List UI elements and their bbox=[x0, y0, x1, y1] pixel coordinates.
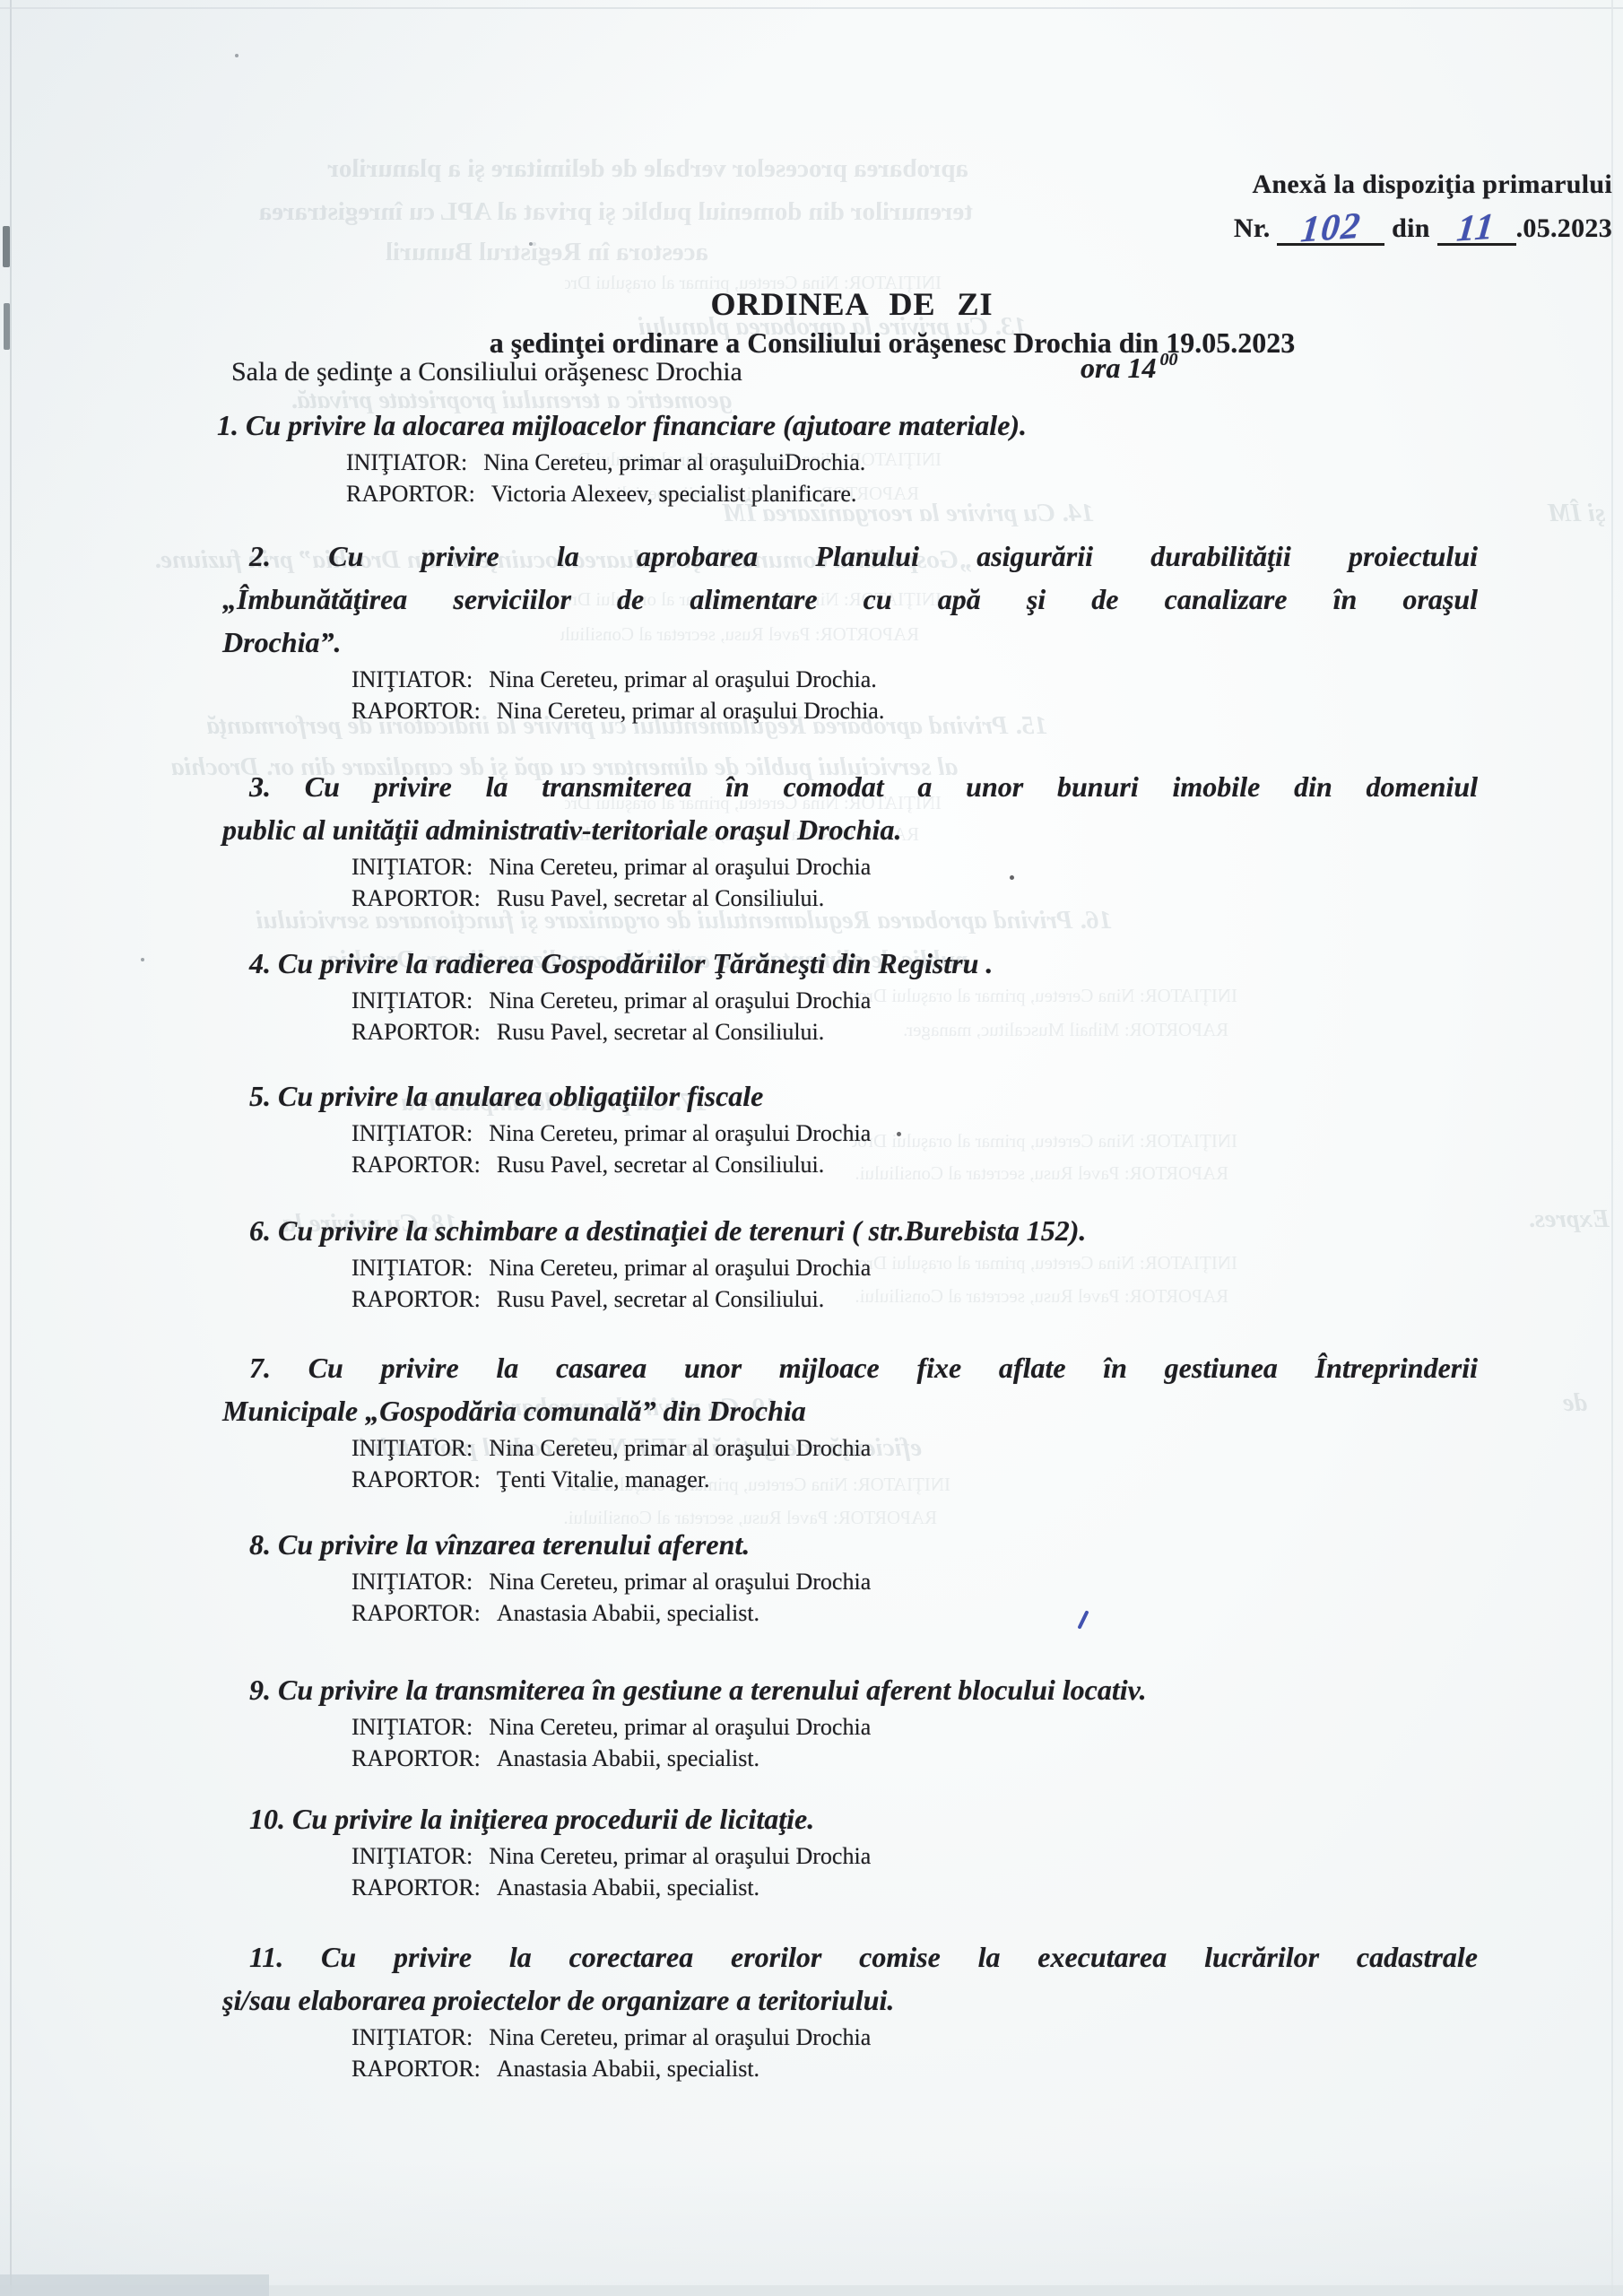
scan-edge-top bbox=[0, 7, 1623, 9]
agenda-item-title: 1. Cu privire la alocarea mijloacelor fi… bbox=[217, 404, 1472, 447]
page-title: ORDINEA DE ZI bbox=[81, 285, 1623, 323]
agenda-item-raportor: RAPORTOR:Anastasia Ababii, specialist. bbox=[222, 2053, 1478, 2084]
initiator-label: INIŢIATOR: bbox=[352, 666, 473, 692]
raportor-value: Victoria Alexeev, specialist planificare… bbox=[491, 481, 857, 507]
agenda-item-initiator: INIŢIATOR:Nina Cereteu, primar al oraşul… bbox=[222, 1840, 1478, 1872]
bleedthrough-text: aprobarea proceselor verbale de delimita… bbox=[85, 154, 968, 184]
initiator-value: Nina Cereteu, primar al oraşului Drochia bbox=[489, 1843, 871, 1869]
agenda-item: 3. Cu privire la transmiterea în comodat… bbox=[222, 765, 1478, 914]
agenda-item-title: 7. Cu privire la casarea unor mijloace f… bbox=[222, 1346, 1478, 1432]
raportor-label: RAPORTOR: bbox=[352, 1874, 481, 1900]
scan-speck bbox=[235, 54, 239, 57]
agenda-item-title-line: 3. Cu privire la transmiterea în comodat… bbox=[222, 765, 1478, 808]
initiator-value: Nina Cereteu, primar al oraşului Drochia bbox=[489, 1435, 871, 1461]
scan-corner-shadow bbox=[0, 2274, 269, 2296]
agenda-item-title: 6. Cu privire la schimbare a destinaţiei… bbox=[222, 1209, 1478, 1252]
bleedthrough-text: terenurilor din domeniul public şi priva… bbox=[85, 197, 973, 227]
time-value: ora 14 bbox=[1081, 352, 1156, 384]
agenda-item-title: 8. Cu privire la vînzarea terenului afer… bbox=[222, 1523, 1478, 1566]
agenda-item-raportor: RAPORTOR:Anastasia Ababii, specialist. bbox=[222, 1872, 1478, 1903]
annex-date-suffix: .05.2023 bbox=[1516, 213, 1612, 243]
initiator-value: Nina Cereteu, primar al oraşului Drochia bbox=[489, 2024, 871, 2050]
agenda-item-initiator: INIŢIATOR:Nina Cereteu, primar al oraşul… bbox=[222, 1566, 1478, 1597]
annex-nr-label: Nr. bbox=[1234, 213, 1271, 243]
agenda-item-title: 9. Cu privire la transmiterea în gestiun… bbox=[222, 1668, 1478, 1711]
agenda-item: 2. Cu privire la aprobarea Planului asig… bbox=[222, 535, 1478, 726]
agenda-item-title-line: Drochia”. bbox=[222, 621, 1478, 664]
agenda-item-title: 2. Cu privire la aprobarea Planului asig… bbox=[222, 535, 1478, 664]
scan-edge-left bbox=[10, 0, 12, 2296]
bleedthrough-text: de bbox=[1515, 1388, 1587, 1418]
agenda-item-title-line: 7. Cu privire la casarea unor mijloace f… bbox=[222, 1346, 1478, 1389]
page-subtitle: a şedinţei ordinare a Consiliului orăşen… bbox=[161, 326, 1623, 360]
initiator-value: Nina Cereteu, primar al oraşului Drochia bbox=[489, 1714, 871, 1740]
raportor-value: Anastasia Ababii, specialist. bbox=[497, 1874, 759, 1900]
agenda-item: 5. Cu privire la anularea obligaţiilor f… bbox=[222, 1074, 1478, 1180]
agenda-item-initiator: INIŢIATOR:Nina Cereteu, primar al oraşul… bbox=[222, 851, 1478, 883]
agenda-item-raportor: RAPORTOR:Rusu Pavel, secretar al Consili… bbox=[222, 1016, 1478, 1048]
initiator-value: Nina Cereteu, primar al oraşului Drochia bbox=[489, 1569, 871, 1595]
agenda-item-title: 10. Cu privire la iniţierea procedurii d… bbox=[222, 1797, 1478, 1840]
agenda-item-title-line: şi/sau elaborarea proiectelor de organiz… bbox=[222, 1979, 1478, 2022]
agenda-item-title-line: Municipale „Gospodăria comunală” din Dro… bbox=[222, 1389, 1478, 1432]
initiator-label: INIŢIATOR: bbox=[352, 2024, 473, 2050]
annex-line1: Anexă la dispoziţia primarului bbox=[1031, 165, 1612, 204]
raportor-label: RAPORTOR: bbox=[352, 1286, 481, 1312]
initiator-label: INIŢIATOR: bbox=[352, 1435, 473, 1461]
agenda-item: 1. Cu privire la alocarea mijloacelor fi… bbox=[217, 404, 1472, 509]
raportor-value: Rusu Pavel, secretar al Consiliului. bbox=[497, 1286, 824, 1312]
agenda-item-raportor: RAPORTOR:Ţenti Vitalie, manager. bbox=[222, 1464, 1478, 1495]
agenda-item-raportor: RAPORTOR:Anastasia Ababii, specialist. bbox=[222, 1597, 1478, 1629]
annex-line2: Nr. 102 din 11.05.2023 bbox=[1031, 206, 1612, 248]
agenda-item-title: 5. Cu privire la anularea obligaţiilor f… bbox=[222, 1074, 1478, 1118]
agenda-item-raportor: RAPORTOR:Victoria Alexeev, specialist pl… bbox=[217, 478, 1472, 509]
raportor-value: Ţenti Vitalie, manager. bbox=[497, 1466, 710, 1492]
agenda-item-initiator: INIŢIATOR:Nina Cereteu, primar al oraşul… bbox=[222, 1118, 1478, 1149]
agenda-item: 10. Cu privire la iniţierea procedurii d… bbox=[222, 1797, 1478, 1903]
raportor-label: RAPORTOR: bbox=[352, 1745, 481, 1771]
agenda-item-title-line: 5. Cu privire la anularea obligaţiilor f… bbox=[222, 1074, 1478, 1118]
raportor-value: Anastasia Ababii, specialist. bbox=[497, 2056, 759, 2082]
agenda-item-initiator: INIŢIATOR:Nina Cereteu, primar al oraşul… bbox=[222, 1432, 1478, 1464]
agenda-item-title-line: „Îmbunătăţirea serviciilor de alimentare… bbox=[222, 578, 1478, 621]
agenda-item-raportor: RAPORTOR:Rusu Pavel, secretar al Consili… bbox=[222, 883, 1478, 914]
venue-line: Sala de şedinţe a Consiliului orăşenesc … bbox=[231, 357, 742, 387]
initiator-label: INIŢIATOR: bbox=[352, 1255, 473, 1281]
agenda-item: 8. Cu privire la vînzarea terenului afer… bbox=[222, 1523, 1478, 1629]
raportor-value: Anastasia Ababii, specialist. bbox=[497, 1600, 759, 1626]
agenda-item-initiator: INIŢIATOR:Nina Cereteu, primar al oraşul… bbox=[222, 1252, 1478, 1283]
scan-smudge bbox=[4, 303, 10, 350]
agenda-item-raportor: RAPORTOR:Rusu Pavel, secretar al Consili… bbox=[222, 1149, 1478, 1180]
time-label: ora 1400 bbox=[1081, 352, 1174, 385]
agenda-item: 4. Cu privire la radierea Gospodăriilor … bbox=[222, 942, 1478, 1048]
agenda-item-title-line: public al unităţii administrativ-teritor… bbox=[222, 808, 1478, 851]
agenda-item-title-line: 1. Cu privire la alocarea mijloacelor fi… bbox=[217, 404, 1472, 447]
initiator-value: Nina Cereteu, primar al oraşuluiDrochia. bbox=[483, 449, 865, 475]
agenda-item-title-line: 4. Cu privire la radierea Gospodăriilor … bbox=[222, 942, 1478, 985]
initiator-value: Nina Cereteu, primar al oraşului Drochia bbox=[489, 1255, 871, 1281]
agenda-item: 11. Cu privire la corectarea erorilor co… bbox=[222, 1935, 1478, 2084]
raportor-value: Rusu Pavel, secretar al Consiliului. bbox=[497, 885, 824, 911]
raportor-label: RAPORTOR: bbox=[352, 1019, 481, 1045]
initiator-value: Nina Cereteu, primar al oraşului Drochia bbox=[489, 1120, 871, 1146]
raportor-label: RAPORTOR: bbox=[352, 885, 481, 911]
handwritten-number: 102 bbox=[1299, 206, 1364, 248]
initiator-label: INIŢIATOR: bbox=[352, 1714, 473, 1740]
agenda-item-initiator: INIŢIATOR:Nina Cereteu, primar al oraşul… bbox=[217, 447, 1472, 478]
annex-note: Anexă la dispoziţia primarului Nr. 102 d… bbox=[1031, 165, 1612, 248]
scanned-document-page: aprobarea proceselor verbale de delimita… bbox=[0, 0, 1623, 2296]
raportor-label: RAPORTOR: bbox=[346, 481, 475, 507]
agenda-item: 9. Cu privire la transmiterea în gestiun… bbox=[222, 1668, 1478, 1774]
initiator-label: INIŢIATOR: bbox=[352, 1843, 473, 1869]
initiator-value: Nina Cereteu, primar al oraşului Drochia bbox=[489, 854, 871, 880]
agenda-item-title-line: 8. Cu privire la vînzarea terenului afer… bbox=[222, 1523, 1478, 1566]
initiator-label: INIŢIATOR: bbox=[352, 1120, 473, 1146]
raportor-label: RAPORTOR: bbox=[352, 1600, 481, 1626]
agenda-item-title-line: 10. Cu privire la iniţierea procedurii d… bbox=[222, 1797, 1478, 1840]
initiator-label: INIŢIATOR: bbox=[352, 1569, 473, 1595]
time-superscript: 00 bbox=[1159, 350, 1177, 370]
agenda-item-title-line: 9. Cu privire la transmiterea în gestiun… bbox=[222, 1668, 1478, 1711]
scan-speck bbox=[141, 958, 144, 961]
agenda-item-title-line: 11. Cu privire la corectarea erorilor co… bbox=[222, 1935, 1478, 1979]
raportor-value: Anastasia Ababii, specialist. bbox=[497, 1745, 759, 1771]
bleedthrough-text: acestora în Registrul Bunurilor Imobile. bbox=[386, 238, 708, 267]
bleedthrough-text: şi ÎM bbox=[1488, 499, 1605, 528]
agenda-item-initiator: INIŢIATOR:Nina Cereteu, primar al oraşul… bbox=[222, 1711, 1478, 1743]
annex-din-label: din bbox=[1392, 213, 1430, 243]
initiator-label: INIŢIATOR: bbox=[352, 854, 473, 880]
agenda-item-title: 3. Cu privire la transmiterea în comodat… bbox=[222, 765, 1478, 851]
scan-smudge bbox=[3, 226, 10, 267]
raportor-label: RAPORTOR: bbox=[352, 698, 481, 724]
handwritten-day: 11 bbox=[1455, 207, 1497, 247]
raportor-value: Nina Cereteu, primar al oraşului Drochia… bbox=[497, 698, 884, 724]
initiator-label: INIŢIATOR: bbox=[352, 987, 473, 1013]
agenda-item-title: 11. Cu privire la corectarea erorilor co… bbox=[222, 1935, 1478, 2022]
raportor-value: Rusu Pavel, secretar al Consiliului. bbox=[497, 1152, 824, 1178]
raportor-label: RAPORTOR: bbox=[352, 1466, 481, 1492]
agenda-item-raportor: RAPORTOR:Rusu Pavel, secretar al Consili… bbox=[222, 1283, 1478, 1315]
raportor-value: Rusu Pavel, secretar al Consiliului. bbox=[497, 1019, 824, 1045]
annex-day-underline: 11 bbox=[1437, 206, 1516, 246]
initiator-label: INIŢIATOR: bbox=[346, 449, 467, 475]
agenda-item-initiator: INIŢIATOR:Nina Cereteu, primar al oraşul… bbox=[222, 664, 1478, 695]
agenda-item: 6. Cu privire la schimbare a destinaţiei… bbox=[222, 1209, 1478, 1315]
agenda-item-title-line: 2. Cu privire la aprobarea Planului asig… bbox=[222, 535, 1478, 578]
agenda-item-title-line: 6. Cu privire la schimbare a destinaţiei… bbox=[222, 1209, 1478, 1252]
raportor-label: RAPORTOR: bbox=[352, 2056, 481, 2082]
initiator-value: Nina Cereteu, primar al oraşului Drochia bbox=[489, 987, 871, 1013]
raportor-label: RAPORTOR: bbox=[352, 1152, 481, 1178]
initiator-value: Nina Cereteu, primar al oraşului Drochia… bbox=[489, 666, 876, 692]
agenda-item-initiator: INIŢIATOR:Nina Cereteu, primar al oraşul… bbox=[222, 985, 1478, 1016]
agenda-item-initiator: INIŢIATOR:Nina Cereteu, primar al oraşul… bbox=[222, 2022, 1478, 2053]
agenda-item-title: 4. Cu privire la radierea Gospodăriilor … bbox=[222, 942, 1478, 985]
agenda-item-raportor: RAPORTOR:Nina Cereteu, primar al oraşulu… bbox=[222, 695, 1478, 726]
annex-nr-underline: 102 bbox=[1277, 206, 1384, 246]
agenda-item: 7. Cu privire la casarea unor mijloace f… bbox=[222, 1346, 1478, 1495]
agenda-item-raportor: RAPORTOR:Anastasia Ababii, specialist. bbox=[222, 1743, 1478, 1774]
